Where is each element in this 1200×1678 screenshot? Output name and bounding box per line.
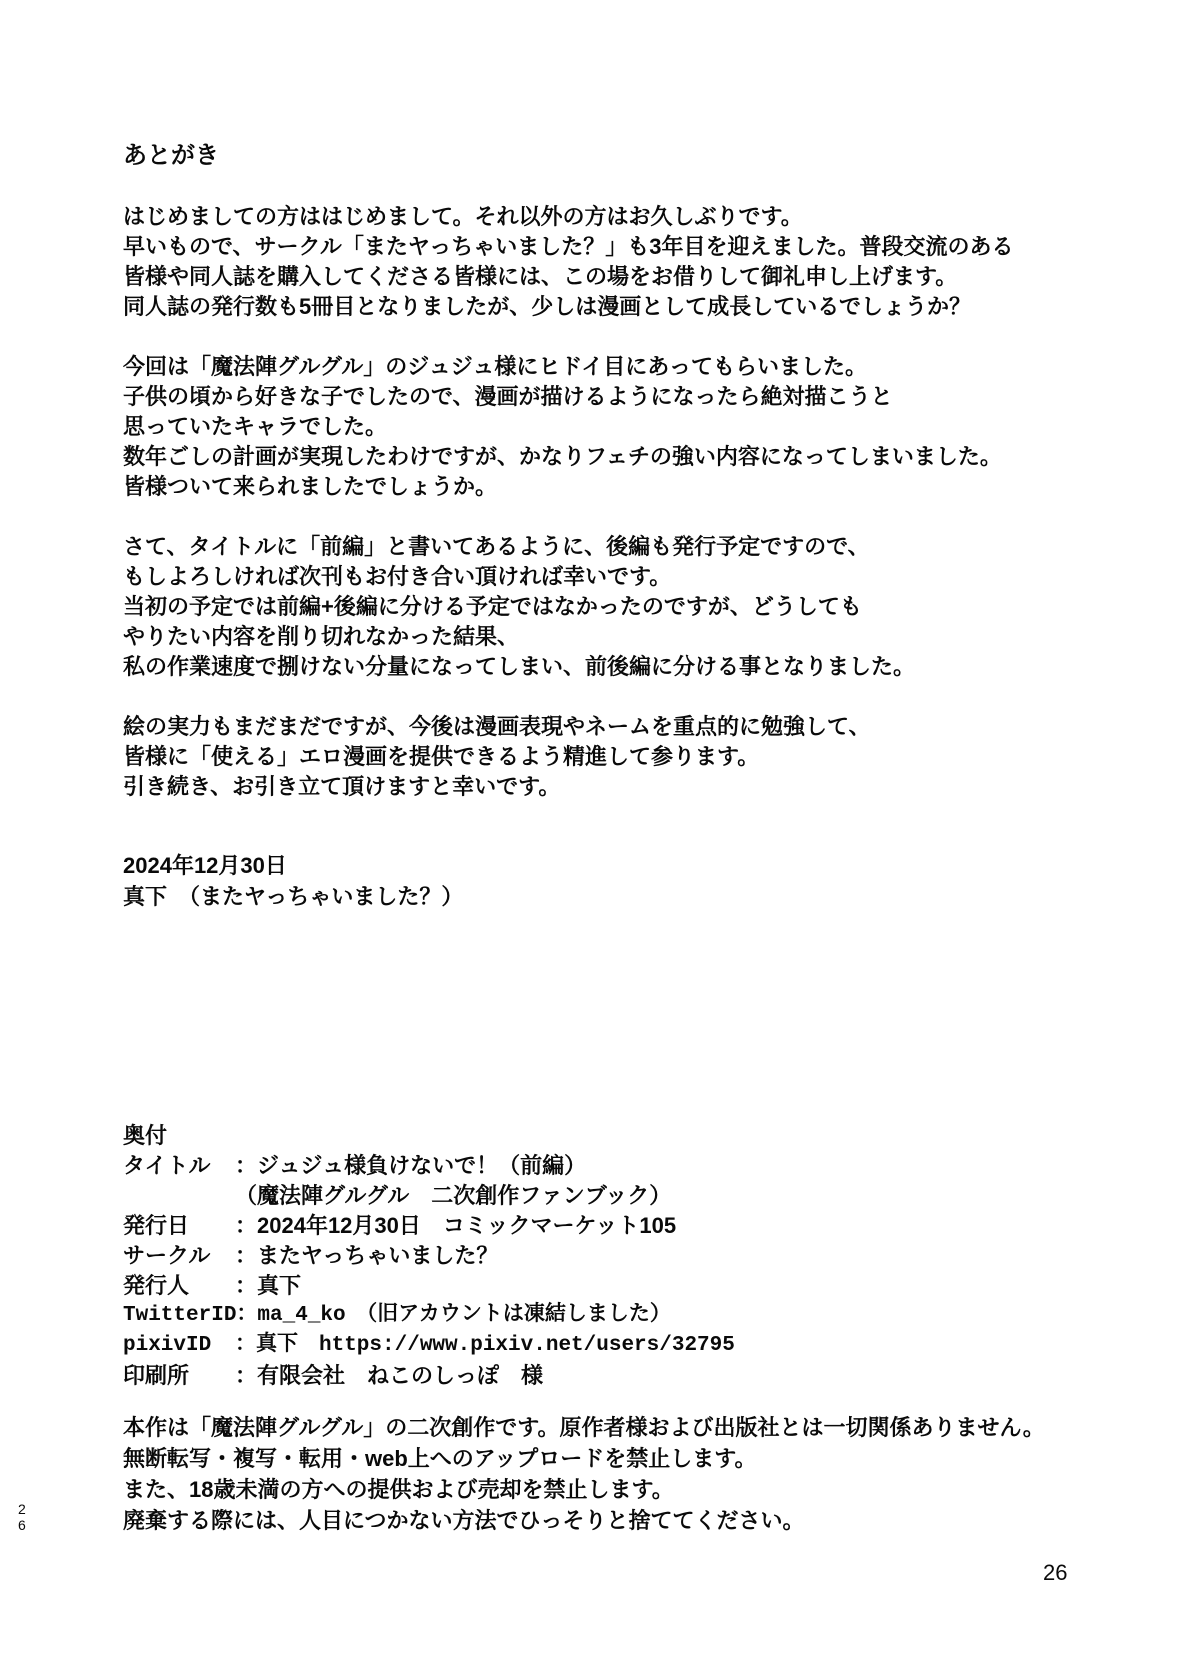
colophon-value: ：またヤっちゃいました？	[235, 1241, 1123, 1271]
disclaimer-line: 廃棄する際には、人目につかない方法でひっそりと捨ててください。	[123, 1505, 1173, 1536]
colophon-title: 奥付	[123, 1121, 1123, 1151]
colophon-row: 印刷所：有限会社 ねこのしっぽ 様	[123, 1361, 1123, 1391]
text-line: 皆様ついて来られましたでしょうか。	[123, 472, 1123, 502]
colophon-label: 印刷所	[123, 1361, 235, 1391]
text-line: はじめましての方ははじめまして。それ以外の方はお久しぶりです。	[123, 202, 1123, 232]
disclaimer-line: 無断転写・複写・転用・web上へのアップロードを禁止します。	[123, 1443, 1173, 1474]
text-line: 今回は「魔法陣グルグル」のジュジュ様にヒドイ目にあってもらいました。	[123, 352, 1123, 382]
colophon-value: ：真下	[235, 1271, 1123, 1301]
afterword-title: あとがき	[123, 141, 219, 171]
text-line: もしよろしければ次刊もお付き合い頂ければ幸いです。	[123, 562, 1123, 592]
colophon-value: ：ma_4_ko （旧アカウントは凍結しました）	[236, 1301, 1123, 1331]
text-line: やりたい内容を削り切れなかった結果、	[123, 622, 1123, 652]
colophon-row: pixivID：真下 https://www.pixiv.net/users/3…	[123, 1331, 1123, 1361]
page-number: 26	[1043, 1560, 1067, 1586]
text-line: 引き続き、お引き立て頂けますと幸いです。	[123, 772, 1123, 802]
colophon-label: サークル	[123, 1241, 235, 1271]
colophon-rows: タイトル：ジュジュ様負けないで！（前編）（魔法陣グルグル 二次創作ファンブック）…	[123, 1151, 1123, 1391]
colophon-label: タイトル	[123, 1151, 235, 1181]
text-line: さて、タイトルに「前編」と書いてあるように、後編も発行予定ですので、	[123, 532, 1123, 562]
text-line: 同人誌の発行数も5冊目となりましたが、少しは漫画として成長しているでしょうか？	[123, 292, 1123, 322]
afterword-paragraph: 今回は「魔法陣グルグル」のジュジュ様にヒドイ目にあってもらいました。子供の頃から…	[123, 352, 1123, 502]
colophon-row: サークル：またヤっちゃいました？	[123, 1241, 1123, 1271]
afterword-page: 26 あとがき はじめましての方ははじめまして。それ以外の方はお久しぶりです。早…	[0, 0, 1200, 1678]
text-line: 絵の実力もまだまだですが、今後は漫画表現やネームを重点的に勉強して、	[123, 712, 1123, 742]
colophon-row: タイトル：ジュジュ様負けないで！（前編）	[123, 1151, 1123, 1181]
text-line: 皆様に「使える」エロ漫画を提供できるよう精進して参ります。	[123, 742, 1123, 772]
text-line: 子供の頃から好きな子でしたので、漫画が描けるようになったら絶対描こうと	[123, 382, 1123, 412]
colophon-row: （魔法陣グルグル 二次創作ファンブック）	[123, 1181, 1123, 1211]
colophon-label	[123, 1181, 235, 1211]
text-line: 当初の予定では前編+後編に分ける予定ではなかったのですが、どうしても	[123, 592, 1123, 622]
text-line: 数年ごしの計画が実現したわけですが、かなりフェチの強い内容になってしまいました。	[123, 442, 1123, 472]
disclaimer-line: 本作は「魔法陣グルグル」の二次創作です。原作者様および出版社とは一切関係ありませ…	[123, 1412, 1173, 1443]
colophon-label: TwitterID	[123, 1301, 236, 1331]
author-name: 真下 （またヤっちゃいました？）	[123, 881, 463, 912]
publication-date: 2024年12月30日	[123, 850, 463, 881]
colophon-value: ：真下 https://www.pixiv.net/users/32795	[235, 1331, 1123, 1361]
colophon-row: 発行人：真下	[123, 1271, 1123, 1301]
afterword-paragraph: はじめましての方ははじめまして。それ以外の方はお久しぶりです。早いもので、サーク…	[123, 202, 1123, 322]
text-line: 早いもので、サークル「またヤっちゃいました？」も3年目を迎えました。普段交流のあ…	[123, 232, 1123, 262]
colophon-row: TwitterID：ma_4_ko （旧アカウントは凍結しました）	[123, 1301, 1123, 1331]
colophon-value: ：有限会社 ねこのしっぽ 様	[235, 1361, 1123, 1391]
colophon-row: 発行日：2024年12月30日 コミックマーケット105	[123, 1211, 1123, 1241]
colophon-label: 発行人	[123, 1271, 235, 1301]
disclaimer-line: また、18歳未満の方への提供および売却を禁止します。	[123, 1474, 1173, 1505]
colophon: 奥付 タイトル：ジュジュ様負けないで！（前編）（魔法陣グルグル 二次創作ファンブ…	[123, 1121, 1123, 1391]
gutter-page-digit: 6	[18, 1517, 26, 1533]
afterword-body: はじめましての方ははじめまして。それ以外の方はお久しぶりです。早いもので、サーク…	[123, 202, 1123, 802]
colophon-label: 発行日	[123, 1211, 235, 1241]
afterword-paragraph: さて、タイトルに「前編」と書いてあるように、後編も発行予定ですので、もしよろしけ…	[123, 532, 1123, 682]
colophon-label: pixivID	[123, 1331, 235, 1361]
afterword-paragraph: 絵の実力もまだまだですが、今後は漫画表現やネームを重点的に勉強して、皆様に「使え…	[123, 712, 1123, 802]
colophon-value: ：2024年12月30日 コミックマーケット105	[235, 1211, 1123, 1241]
text-line: 私の作業速度で捌けない分量になってしまい、前後編に分ける事となりました。	[123, 652, 1123, 682]
signature-block: 2024年12月30日 真下 （またヤっちゃいました？）	[123, 850, 463, 912]
text-line: 皆様や同人誌を購入してくださる皆様には、この場をお借りして御礼申し上げます。	[123, 262, 1123, 292]
colophon-value: ：ジュジュ様負けないで！（前編）	[235, 1151, 1123, 1181]
gutter-page-number: 26	[18, 1501, 26, 1533]
colophon-value: （魔法陣グルグル 二次創作ファンブック）	[235, 1181, 1123, 1211]
disclaimer: 本作は「魔法陣グルグル」の二次創作です。原作者様および出版社とは一切関係ありませ…	[123, 1412, 1173, 1536]
text-line: 思っていたキャラでした。	[123, 412, 1123, 442]
gutter-page-digit: 2	[18, 1501, 26, 1517]
